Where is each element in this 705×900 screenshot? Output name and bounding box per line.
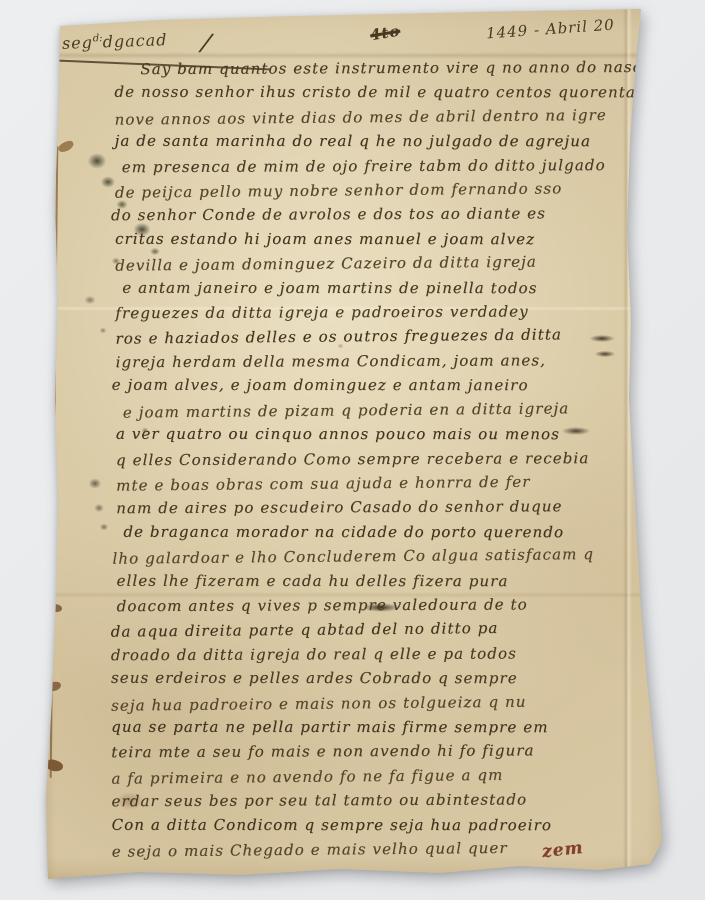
- struck-out-numbering: 4to: [369, 22, 402, 45]
- manuscript-line: a ver quatro ou cinquo annos pouco mais …: [116, 422, 664, 447]
- archival-annotation-suffix: dgacad: [102, 30, 167, 51]
- manuscript-line: teira mte a seu fo mais e non avendo hi …: [111, 738, 665, 765]
- manuscript-page: segd:dgacad / 4to 1449 - Abril 20 Say ba…: [40, 6, 668, 886]
- manuscript-line: droado da ditta igreja do real q elle e …: [111, 641, 665, 668]
- manuscript-line: do senhor Conde de avrolos e dos tos ao …: [111, 201, 663, 228]
- manuscript-line: lho galardoar e lho Concluderem Co algua…: [112, 541, 664, 571]
- paper-sheet: segd:dgacad / 4to 1449 - Abril 20 Say ba…: [40, 6, 668, 886]
- manuscript-line: e joam martins de pizam q poderia en a d…: [123, 395, 664, 425]
- archival-annotation: segd:dgacad: [62, 30, 168, 53]
- manuscript-line: erdar seus bes por seu tal tamto ou abin…: [111, 787, 665, 814]
- manuscript-line: seus erdeiros e pelles ardes Cobrado q s…: [111, 666, 665, 691]
- manuscript-line: igreja herdam della mesma Condicam, joam…: [116, 348, 664, 375]
- manuscript-line: e antam janeiro e joam martins de pinell…: [122, 275, 663, 300]
- photo-background: segd:dgacad / 4to 1449 - Abril 20 Say ba…: [0, 0, 705, 900]
- manuscript-line: q elles Considerando Como sempre receber…: [116, 445, 664, 472]
- manuscript-line: seja hua padroeiro e mais non os tolguei…: [111, 688, 665, 718]
- manuscript-line: mte e boas obras com sua ajuda e honrra …: [116, 468, 664, 498]
- binding-knot: [44, 757, 65, 773]
- manuscript-line: elles lhe fizeram e cada hu delles fizer…: [117, 568, 665, 593]
- binding-knot: [47, 603, 62, 614]
- manuscript-line: de braganca morador na cidade do porto q…: [123, 519, 664, 544]
- archival-annotation-superscript: d:: [93, 33, 103, 44]
- manuscript-line: critas estando hi joam anes manuel e joa…: [115, 227, 663, 252]
- manuscript-line: nam de aires po escudeiro Casado do senh…: [116, 494, 664, 521]
- binding-knot: [45, 681, 61, 692]
- binding-knot: [57, 139, 75, 154]
- manuscript-line: nove annos aos vinte dias do mes de abri…: [114, 102, 662, 132]
- archival-annotation-prefix: seg: [62, 33, 94, 53]
- manuscript-line: ja de santa marinha do real q he no julg…: [115, 129, 663, 154]
- manuscript-line: a fa primeira e no avendo fo ne fa figue…: [111, 761, 665, 791]
- manuscript-text: Say bam quantos este instrumento vire q …: [114, 55, 666, 863]
- manuscript-line: qua se parta ne pella partir mais firme …: [111, 715, 665, 740]
- manuscript-line: devilla e joam dominguez Cazeiro da ditt…: [115, 249, 663, 279]
- manuscript-line: e joam alves, e joam dominguez e antam j…: [112, 373, 664, 398]
- folio-mark: /: [200, 27, 213, 57]
- manuscript-line: Say bam quantos este instrumento vire q …: [140, 55, 662, 82]
- manuscript-line: Con a ditta Condicom q sempre seja hua p…: [112, 812, 666, 837]
- manuscript-line: de nosso senhor ihus cristo de mil e qua…: [114, 80, 662, 105]
- date-annotation: 1449 - Abril 20: [486, 16, 616, 43]
